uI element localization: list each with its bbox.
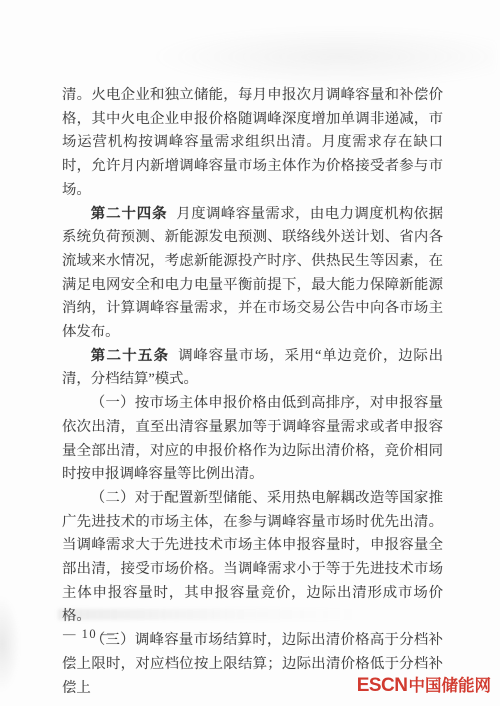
paragraph-text: （二）对于配置新型储能、采用热电解耦改造等国家推广先进技术的市场主体，在参与调峰… — [62, 490, 443, 625]
article-25-heading: 第二十五条 — [91, 348, 170, 364]
paragraph-clause-2: （二）对于配置新型储能、采用热电解耦改造等国家推广先进技术的市场主体，在参与调峰… — [62, 487, 443, 629]
paragraph-text: 月度调峰容量需求，由电力调度机构依据系统负荷预测、新能源发电预测、联络线外送计划… — [62, 206, 443, 341]
paragraph-clause-1: （一）按市场主体申报价格由低到高排序，对申报容量依次出清，直至出清容量累加等于调… — [62, 392, 443, 487]
escn-watermark-logo: ESCN中国储能网 — [357, 676, 491, 696]
escn-logo-text-en: ESCN — [357, 675, 408, 696]
article-24-heading: 第二十四条 — [91, 206, 168, 222]
paragraph-article-24: 第二十四条月度调峰容量需求，由电力调度机构依据系统负荷预测、新能源发电预测、联络… — [62, 203, 443, 345]
document-page: 清。火电企业和独立储能，每月申报次月调峰容量和补偿价格，其中火电企业申报价格随调… — [0, 0, 500, 706]
paragraph-text: 清。火电企业和独立储能，每月申报次月调峰容量和补偿价格，其中火电企业申报价格随调… — [62, 87, 443, 198]
paragraph-text: （一）按市场主体申报价格由低到高排序，对申报容量依次出清，直至出清容量累加等于调… — [62, 395, 443, 482]
scan-artifact-top — [150, 26, 495, 82]
scan-artifact-left-margin — [0, 596, 20, 692]
paragraph-article-25: 第二十五条调峰容量市场，采用“单边竞价，边际出清，分档结算”模式。 — [62, 345, 443, 392]
escn-logo-text-zh: 中国储能网 — [409, 677, 492, 695]
page-number: — 10 — — [63, 627, 116, 642]
paragraph-continuation: 清。火电企业和独立储能，每月申报次月调峰容量和补偿价格，其中火电企业申报价格随调… — [62, 84, 443, 203]
document-body: 清。火电企业和独立储能，每月申报次月调峰容量和补偿价格，其中火电企业申报价格随调… — [62, 84, 443, 700]
